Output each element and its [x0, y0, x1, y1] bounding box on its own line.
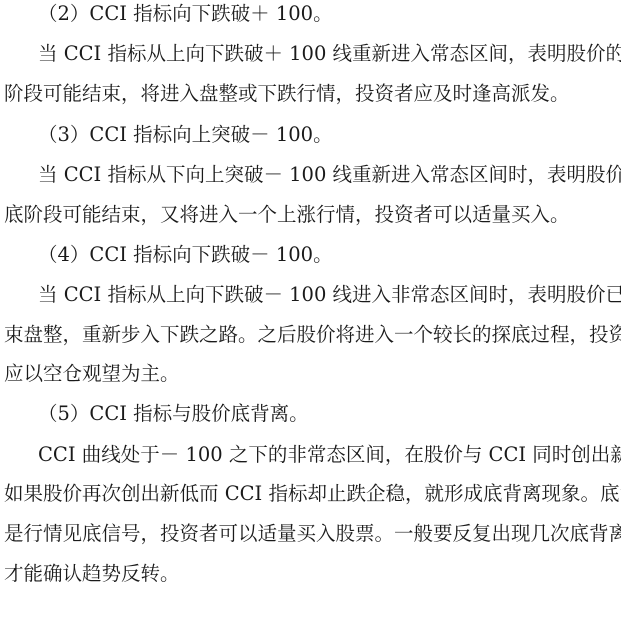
- heading-4: （4）CCI 指标向下跌破－ 100。: [38, 243, 333, 267]
- heading-2: （2）CCI 指标向下跌破＋ 100。: [38, 2, 333, 26]
- heading-5: （5）CCI 指标与股价底背离。: [38, 402, 309, 426]
- paragraph-3-line-2: 底阶段可能结束，又将进入一个上涨行情，投资者可以适量买入。: [4, 203, 570, 227]
- document-page: （2）CCI 指标向下跌破＋ 100。 当 CCI 指标从上向下跌破＋ 100 …: [0, 0, 621, 626]
- paragraph-3-line-1: 当 CCI 指标从下向上突破－ 100 线重新进入常态区间时，表明股价的探: [38, 163, 618, 187]
- heading-3: （3）CCI 指标向上突破－ 100。: [38, 123, 333, 147]
- paragraph-2-line-2: 阶段可能结束，将进入盘整或下跌行情，投资者应及时逢高派发。: [4, 82, 570, 106]
- paragraph-4-line-3: 应以空仓观望为主。: [4, 362, 180, 386]
- paragraph-2-line-1: 当 CCI 指标从上向下跌破＋ 100 线重新进入常态区间，表明股价的上涨: [38, 42, 618, 66]
- paragraph-5-line-2: 如果股价再次创出新低而 CCI 指标却止跌企稳，就形成底背离现象。底背离: [4, 482, 618, 506]
- paragraph-5-line-1: CCI 曲线处于－ 100 之下的非常态区间，在股价与 CCI 同时创出新低后，: [38, 443, 618, 467]
- paragraph-4-line-2: 束盘整，重新步入下跌之路。之后股价将进入一个较长的探底过程，投资者: [4, 323, 618, 347]
- paragraph-5-line-3: 是行情见底信号，投资者可以适量买入股票。一般要反复出现几次底背离，: [4, 522, 618, 546]
- paragraph-5-line-4: 才能确认趋势反转。: [4, 562, 180, 586]
- paragraph-4-line-1: 当 CCI 指标从上向下跌破－ 100 线进入非常态区间时，表明股价已经结: [38, 283, 618, 307]
